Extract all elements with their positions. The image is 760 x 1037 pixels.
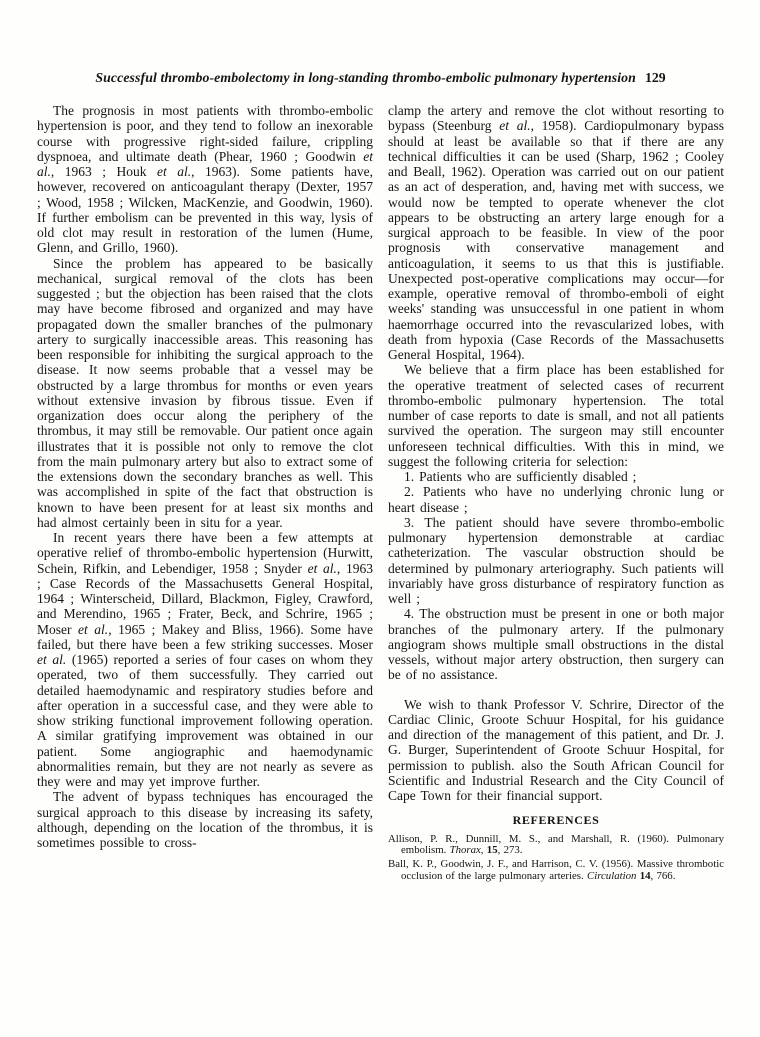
journal-page: Successful thrombo-embolectomy in long-s… [0,0,760,1037]
running-head: Successful thrombo-embolectomy in long-s… [37,70,724,86]
page-number: 129 [645,70,666,85]
reference-entry: Ball, K. P., Goodwin, J. F., and Harriso… [388,859,724,883]
criterion-2: 2. Patients who have no underlying chron… [388,484,724,515]
paragraph-clamp-artery: clamp the artery and remove the clot wit… [388,103,724,362]
references-heading: REFERENCES [388,813,724,828]
acknowledgments: We wish to thank Professor V. Schrire, D… [388,697,724,804]
paragraph-firm-place: We believe that a firm place has been es… [388,362,724,469]
paragraph-prognosis: The prognosis in most patients with thro… [37,103,373,256]
right-column: clamp the artery and remove the clot wit… [388,103,724,885]
paragraph-recent-attempts: In recent years there have been a few at… [37,530,373,789]
left-column: The prognosis in most patients with thro… [37,103,373,885]
criterion-1: 1. Patients who are sufficiently disable… [388,469,724,484]
running-head-title: Successful thrombo-embolectomy in long-s… [95,70,636,85]
criterion-3: 3. The patient should have severe thromb… [388,515,724,607]
criterion-4: 4. The obstruction must be present in on… [388,606,724,682]
reference-entry: Allison, P. R., Dunnill, M. S., and Mars… [388,834,724,858]
paragraph-bypass-advent: The advent of bypass techniques has enco… [37,789,373,850]
article-body: The prognosis in most patients with thro… [37,103,724,885]
paragraph-mechanical-problem: Since the problem has appeared to be bas… [37,256,373,531]
